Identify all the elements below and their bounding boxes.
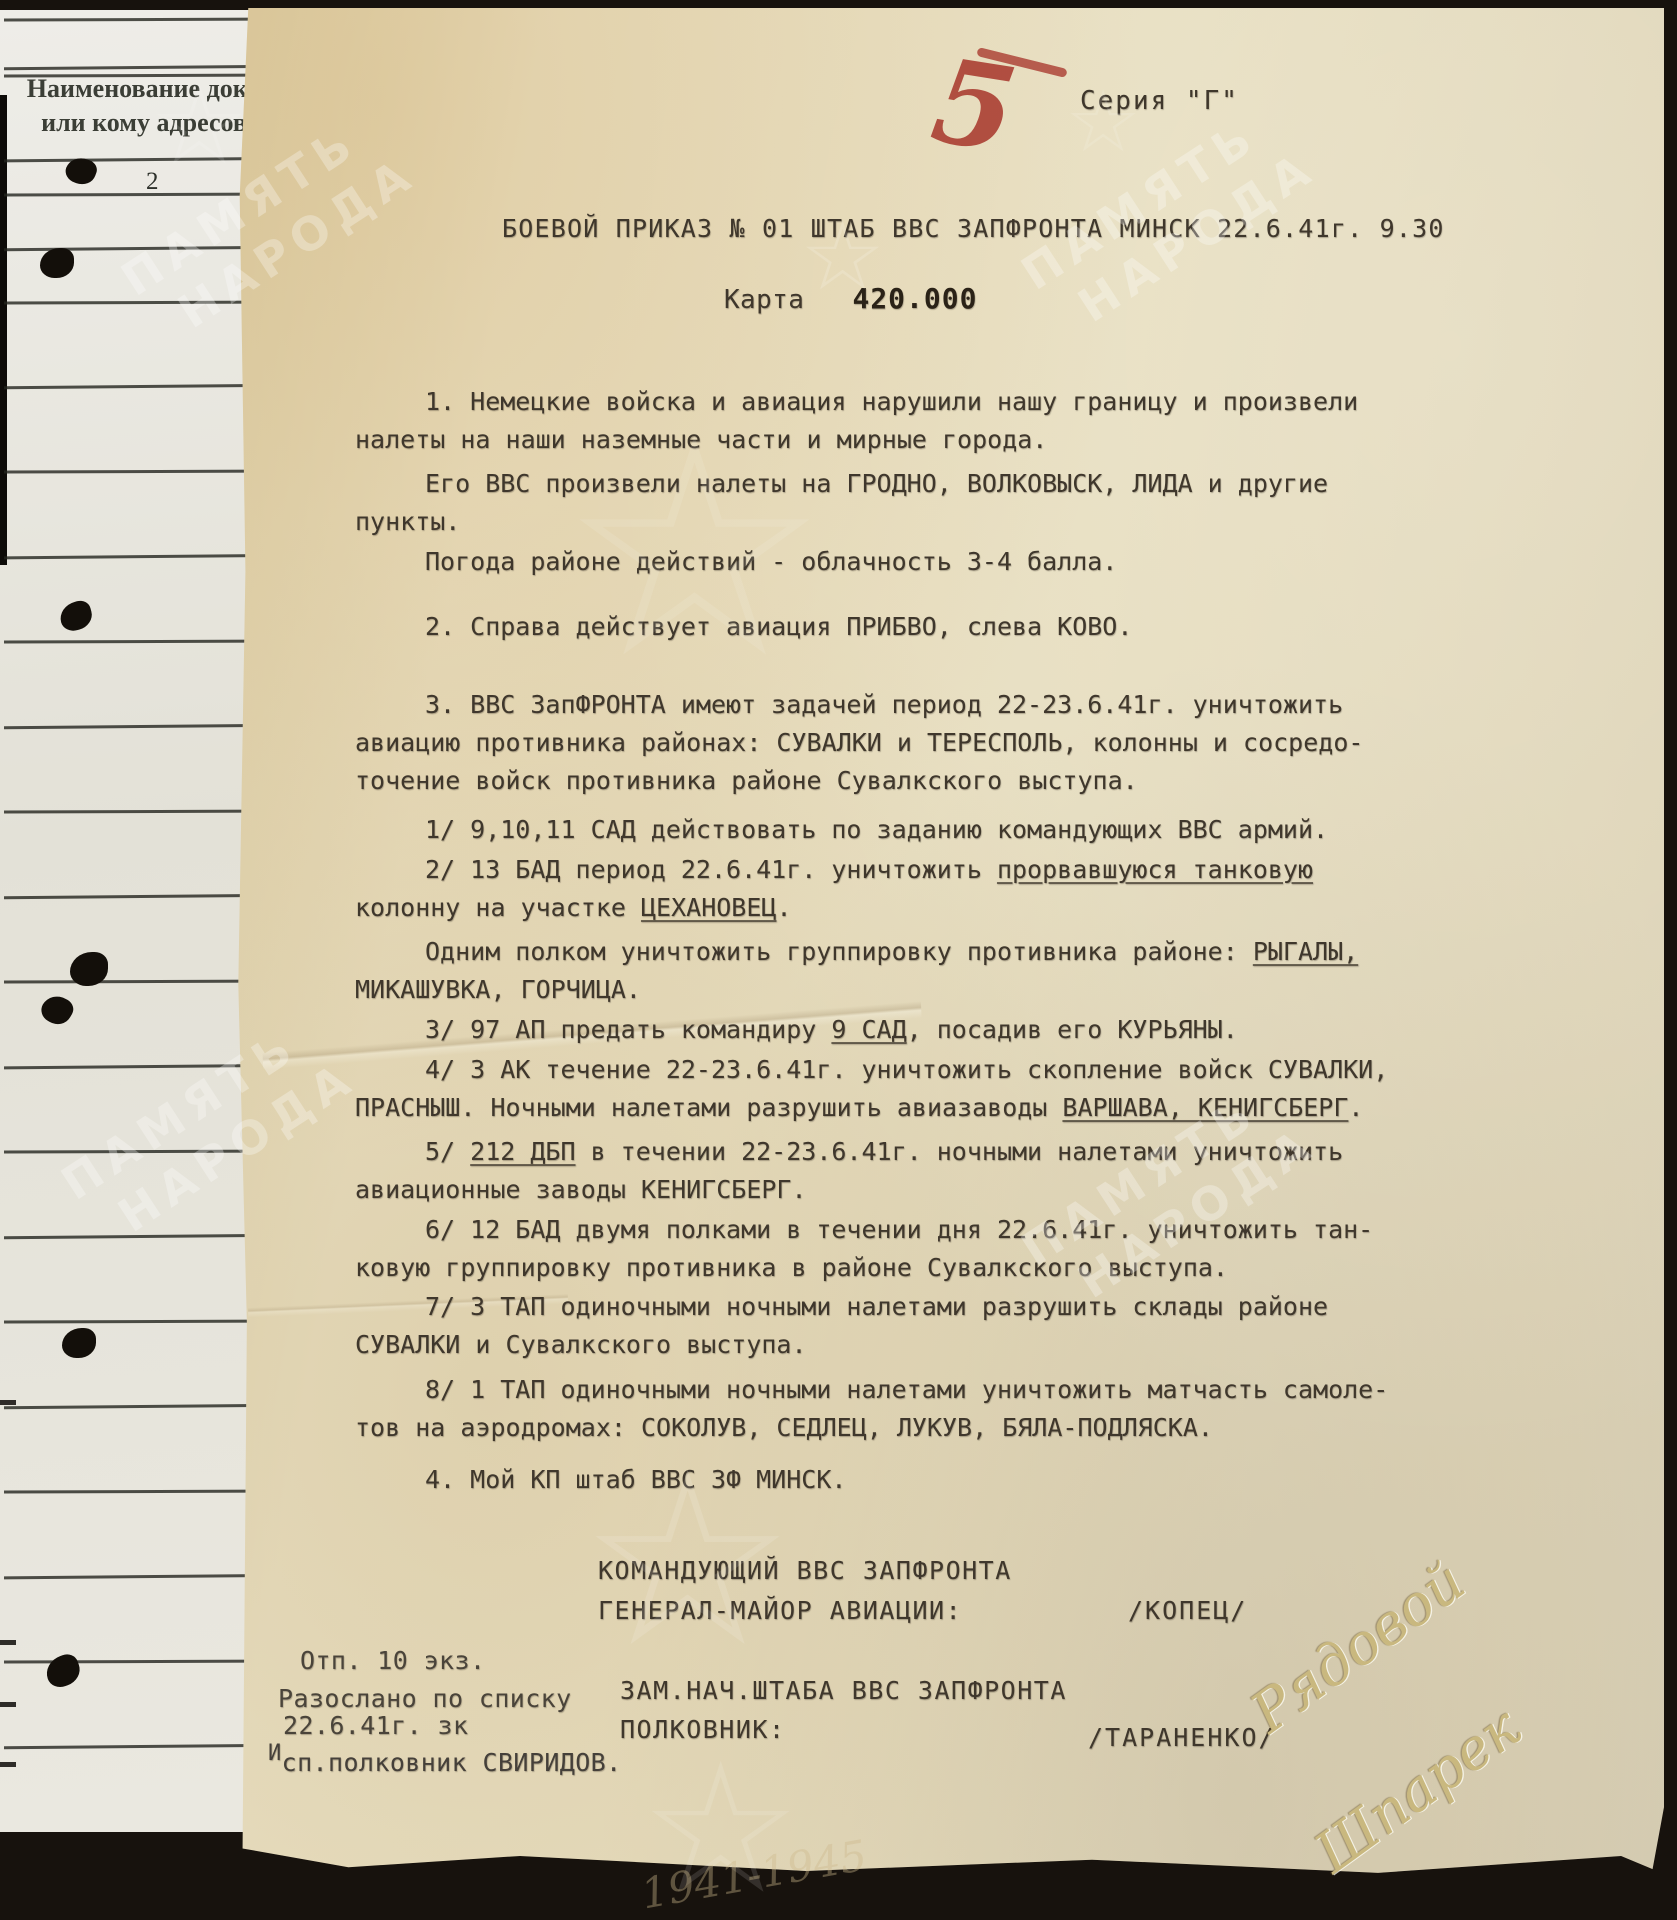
deputy-name: /ТАРАНЕНКО/ <box>1088 1723 1276 1752</box>
paragraph: Одним полком уничтожить группировку прот… <box>355 933 1463 1009</box>
paragraph: 1. Немецкие войска и авиация нарушили на… <box>355 383 1463 459</box>
text-line: 4/ 3 АК течение 22-23.6.41г. уничтожить … <box>355 1051 1463 1089</box>
ruled-line <box>4 65 286 70</box>
executor-note: Исп.полковник СВИРИДОВ. <box>268 1748 622 1777</box>
paragraph: 3/ 97 АП предать командиру 9 САД, посади… <box>355 1011 1463 1049</box>
text-line: 6/ 12 БАД двумя полками в течении дня 22… <box>355 1211 1463 1249</box>
paragraph: Погода районе действий - облачность 3-4 … <box>355 543 1463 581</box>
text-line: СУВАЛКИ и Сувалкского выступа. <box>355 1326 1463 1364</box>
edge-mark <box>0 1400 16 1405</box>
paragraph: 7/ 3 ТАП одиночными ночными налетами раз… <box>355 1288 1463 1364</box>
text-line: налеты на наши наземные части и мирные г… <box>355 421 1463 459</box>
ledger-left-edge <box>0 95 7 565</box>
ink-blot <box>62 1328 96 1358</box>
paragraph: 1/ 9,10,11 САД действовать по заданию ко… <box>355 811 1463 849</box>
commander-title-line2: ГЕНЕРАЛ-МАЙОР АВИАЦИИ: <box>598 1596 962 1625</box>
executor-rest: сп.полковник СВИРИДОВ. <box>282 1748 622 1777</box>
text-line: Погода районе действий - облачность 3-4 … <box>355 543 1463 581</box>
map-scale: 420.000 <box>852 282 977 315</box>
text-line: МИКАШУВКА, ГОРЧИЦА. <box>355 971 1463 1009</box>
document-sheet: Серия "Г" 5 БОЕВОЙ ПРИКАЗ № 01 ШТАБ ВВС … <box>234 8 1664 1886</box>
text-line: ПРАСНЫШ. Ночными налетами разрушить авиа… <box>355 1089 1463 1127</box>
paragraph: 2. Справа действует авиация ПРИБВО, слев… <box>355 608 1463 646</box>
text-line: пункты. <box>355 503 1463 541</box>
text-line: авиацию противника районах: СУВАЛКИ и ТЕ… <box>355 724 1463 762</box>
scan-background: Наименование докуме или кому адресован 2… <box>0 0 1677 1920</box>
edge-mark <box>0 1702 16 1707</box>
commander-title-line1: КОМАНДУЮЩИЙ ВВС ЗАПФРОНТА <box>598 1556 1012 1585</box>
order-title: БОЕВОЙ ПРИКАЗ № 01 ШТАБ ВВС ЗАПФРОНТА МИ… <box>502 214 1445 243</box>
paragraph: 8/ 1 ТАП одиночными ночными налетами уни… <box>355 1371 1463 1447</box>
deputy-title-line1: ЗАМ.НАЧ.ШТАБА ВВС ЗАПФРОНТА <box>620 1676 1067 1705</box>
text-line: колонну на участке ЦЕХАНОВЕЦ. <box>355 889 1463 927</box>
ink-blot <box>57 598 95 633</box>
ledger-page-number: 2 <box>146 168 159 196</box>
copies-note: Отп. 10 экз. <box>300 1646 485 1675</box>
paragraph: 3. ВВС ЗапФРОНТА имеют задачей период 22… <box>355 686 1463 800</box>
text-line: 2/ 13 БАД период 22.6.41г. уничтожить пр… <box>355 851 1463 889</box>
ink-blot <box>42 1651 84 1691</box>
executor-prefix: И <box>268 1741 282 1766</box>
ink-blot <box>37 990 77 1029</box>
text-line: авиационные заводы КЕНИГСБЕРГ. <box>355 1171 1463 1209</box>
text-line: тов на аэродромах: СОКОЛУВ, СЕДЛЕЦ, ЛУКУ… <box>355 1409 1463 1447</box>
text-line: Одним полком уничтожить группировку прот… <box>355 933 1463 971</box>
text-line: 1. Немецкие войска и авиация нарушили на… <box>355 383 1463 421</box>
date-note: 22.6.41г. зк <box>283 1711 468 1740</box>
paragraph: 2/ 13 БАД период 22.6.41г. уничтожить пр… <box>355 851 1463 927</box>
text-line: ковую группировку противника в районе Су… <box>355 1249 1463 1287</box>
text-line: 3. ВВС ЗапФРОНТА имеют задачей период 22… <box>355 686 1463 724</box>
text-line: 5/ 212 ДБП в течении 22-23.6.41г. ночным… <box>355 1133 1463 1171</box>
paragraph: 6/ 12 БАД двумя полками в течении дня 22… <box>355 1211 1463 1287</box>
paragraph: 4. Мой КП штаб ВВС ЗФ МИНСК. <box>355 1461 1463 1499</box>
edge-mark <box>0 1640 16 1645</box>
distribution-note: Разослано по списку <box>278 1684 572 1713</box>
paragraph: Его ВВС произвели налеты на ГРОДНО, ВОЛК… <box>355 465 1463 541</box>
body-text: 1. Немецкие войска и авиация нарушили на… <box>355 383 1463 1499</box>
text-line: 7/ 3 ТАП одиночными ночными налетами раз… <box>355 1288 1463 1326</box>
text-line: 2. Справа действует авиация ПРИБВО, слев… <box>355 608 1463 646</box>
map-reference: Карта 420.000 <box>724 282 977 315</box>
text-line: 4. Мой КП штаб ВВС ЗФ МИНСК. <box>355 1461 1463 1499</box>
text-line: 8/ 1 ТАП одиночными ночными налетами уни… <box>355 1371 1463 1409</box>
deputy-title-line2: ПОЛКОВНИК: <box>620 1715 786 1744</box>
ruled-line <box>4 1404 286 1409</box>
text-line: 3/ 97 АП предать командиру 9 САД, посади… <box>355 1011 1463 1049</box>
edge-mark <box>0 1762 16 1767</box>
ink-blot <box>40 248 74 278</box>
commander-name: /КОПЕЦ/ <box>1128 1596 1247 1625</box>
series-label: Серия "Г" <box>1080 86 1239 116</box>
text-line: Его ВВС произвели налеты на ГРОДНО, ВОЛК… <box>355 465 1463 503</box>
text-line: 1/ 9,10,11 САД действовать по заданию ко… <box>355 811 1463 849</box>
map-label: Карта <box>724 285 804 315</box>
paragraph: 4/ 3 АК течение 22-23.6.41г. уничтожить … <box>355 1051 1463 1127</box>
paragraph: 5/ 212 ДБП в течении 22-23.6.41г. ночным… <box>355 1133 1463 1209</box>
text-line: точение войск противника районе Сувалкск… <box>355 762 1463 800</box>
ruled-line <box>4 1234 286 1239</box>
